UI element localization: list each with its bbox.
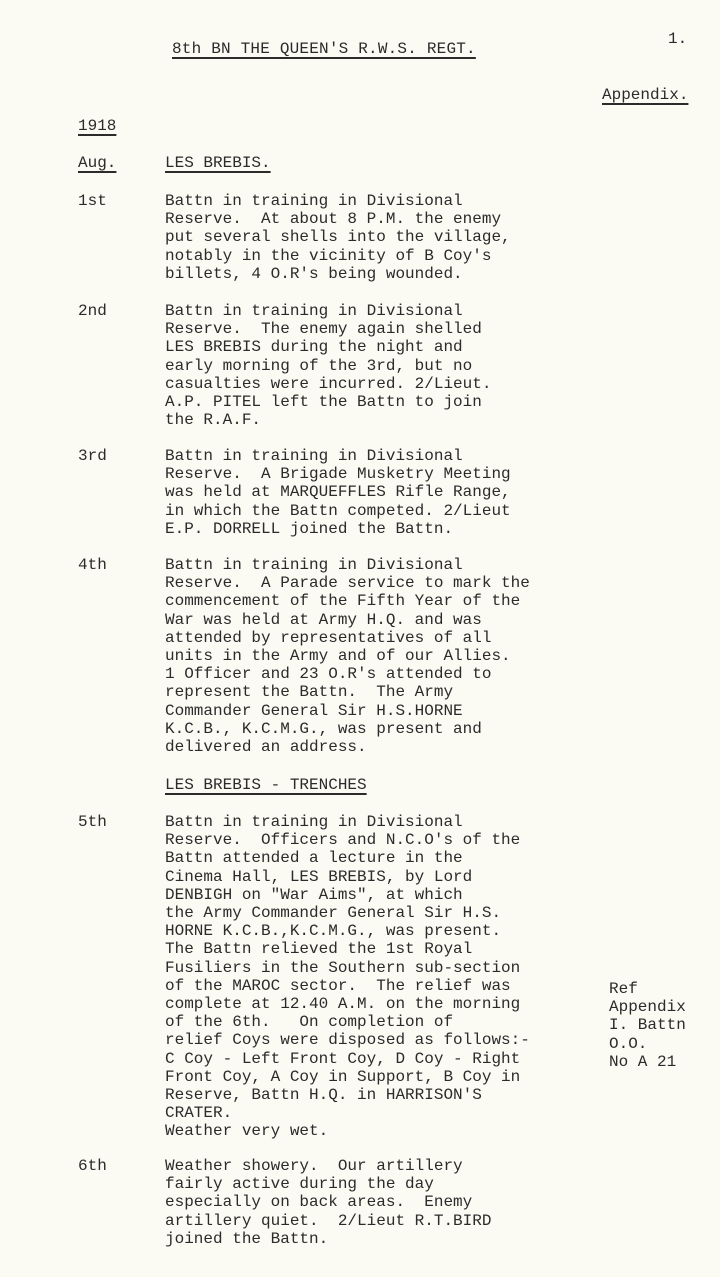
- document-title: 8th BN THE QUEEN'S R.W.S. REGT.: [172, 40, 476, 58]
- entry-text: Battn in training in Divisional Reserve.…: [165, 302, 491, 429]
- diary-page: 8th BN THE QUEEN'S R.W.S. REGT. 1. Appen…: [0, 0, 720, 1277]
- entry-date: 2nd: [78, 302, 107, 320]
- margin-reference: Ref Appendix I. Battn O.O. No A 21: [609, 980, 686, 1071]
- entry-text: Battn in training in Divisional Reserve.…: [165, 192, 511, 283]
- entry-text: Battn in training in Divisional Reserve.…: [165, 447, 511, 538]
- entry-text: Battn in training in Divisional Reserve.…: [165, 813, 530, 1141]
- year-heading: 1918: [78, 117, 116, 135]
- location-heading: LES BREBIS - TRENCHES: [165, 776, 367, 794]
- page-number: 1.: [668, 30, 687, 48]
- entry-text: Battn in training in Divisional Reserve.…: [165, 556, 530, 756]
- entry-date: 3rd: [78, 447, 107, 465]
- entry-date: 4th: [78, 556, 107, 574]
- location-heading: LES BREBIS.: [165, 154, 271, 172]
- entry-text: Weather showery. Our artillery fairly ac…: [165, 1157, 491, 1248]
- entry-date: 1st: [78, 192, 107, 210]
- appendix-label: Appendix.: [602, 86, 688, 104]
- month-heading: Aug.: [78, 154, 116, 172]
- entry-date: 5th: [78, 813, 107, 831]
- entry-date: 6th: [78, 1157, 107, 1175]
